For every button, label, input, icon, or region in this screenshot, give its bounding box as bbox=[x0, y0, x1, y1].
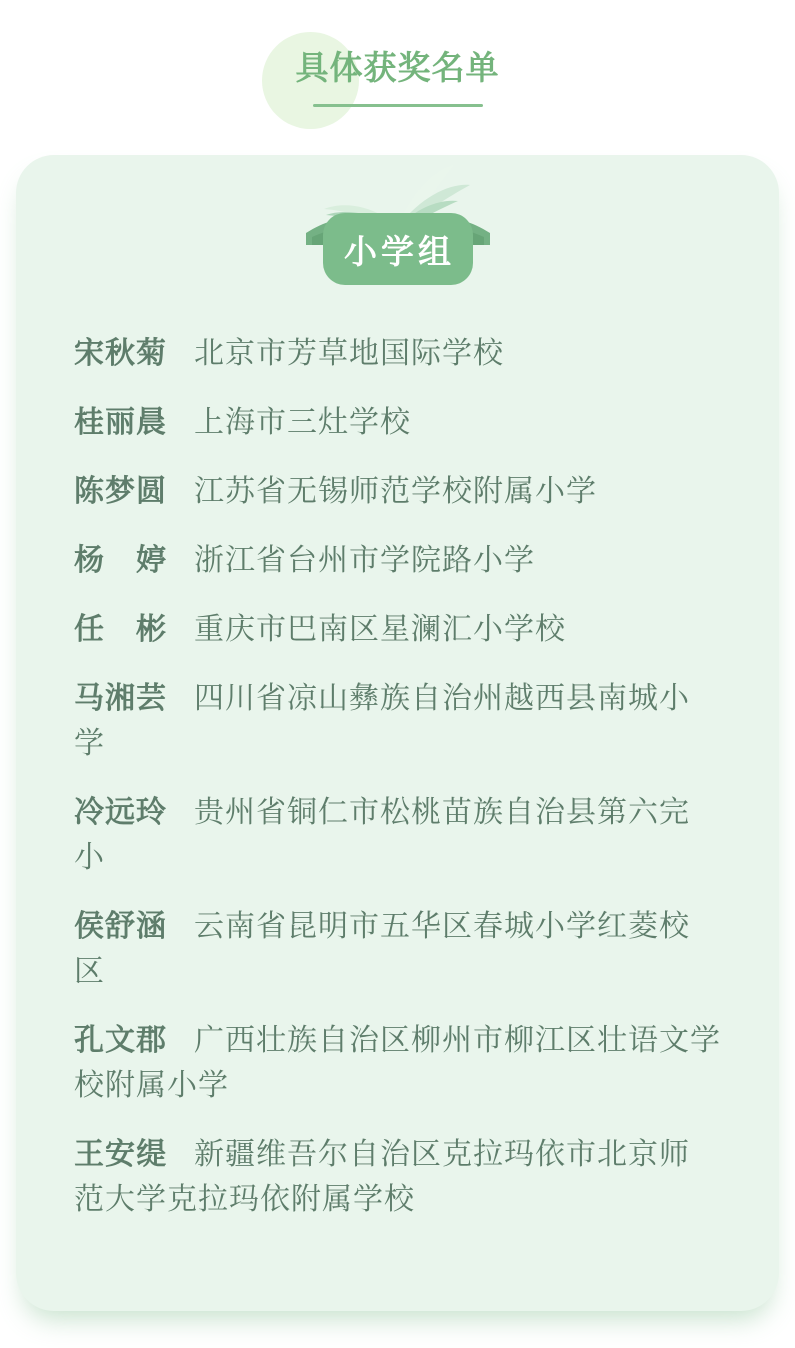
winner-entry: 侯舒涵云南省昆明市五华区春城小学红菱校 区 bbox=[74, 904, 732, 994]
winner-entry: 宋秋菊北京市芳草地国际学校 bbox=[74, 331, 732, 376]
winner-school: 广西壮族自治区柳州市柳江区壮语文学 校附属小学 bbox=[74, 1024, 721, 1102]
winner-name: 侯舒涵 bbox=[74, 910, 167, 943]
header: 具体获奖名单 bbox=[0, 0, 795, 155]
winner-name: 陈梦圆 bbox=[74, 475, 167, 508]
award-card: 小学组 宋秋菊北京市芳草地国际学校 桂丽晨上海市三灶学校 陈梦圆江苏省无锡师范学… bbox=[16, 155, 779, 1311]
winner-entry: 任 彬重庆市巴南区星澜汇小学校 bbox=[74, 607, 732, 652]
winner-entry: 冷远玲贵州省铜仁市松桃苗族自治县第六完 小 bbox=[74, 790, 732, 880]
winner-name: 宋秋菊 bbox=[74, 337, 167, 370]
group-badge-label: 小学组 bbox=[340, 226, 455, 273]
winner-school: 江苏省无锡师范学校附属小学 bbox=[194, 475, 597, 508]
winner-school: 重庆市巴南区星澜汇小学校 bbox=[194, 613, 566, 646]
winner-name: 马湘芸 bbox=[74, 682, 167, 715]
winner-entry: 孔文郡广西壮族自治区柳州市柳江区壮语文学 校附属小学 bbox=[74, 1018, 732, 1108]
winner-name: 王安缇 bbox=[74, 1138, 167, 1171]
winner-school: 浙江省台州市学院路小学 bbox=[194, 544, 535, 577]
page: 具体获奖名单 小学组 宋秋菊北京市芳草地国际学校 桂丽晨上海市三灶学校 陈梦 bbox=[0, 0, 795, 1348]
winner-name: 杨 婷 bbox=[74, 544, 167, 577]
group-badge: 小学组 bbox=[323, 213, 473, 285]
winner-entry: 马湘芸四川省凉山彝族自治州越西县南城小 学 bbox=[74, 676, 732, 766]
winner-school: 上海市三灶学校 bbox=[194, 406, 411, 439]
winner-entry: 杨 婷浙江省台州市学院路小学 bbox=[74, 538, 732, 583]
winner-list: 宋秋菊北京市芳草地国际学校 桂丽晨上海市三灶学校 陈梦圆江苏省无锡师范学校附属小… bbox=[16, 155, 779, 1222]
winner-name: 任 彬 bbox=[74, 613, 167, 646]
title-underline bbox=[313, 104, 483, 107]
winner-entry: 王安缇新疆维吾尔自治区克拉玛依市北京师 范大学克拉玛依附属学校 bbox=[74, 1132, 732, 1222]
winner-name: 冷远玲 bbox=[74, 796, 167, 829]
winner-entry: 陈梦圆江苏省无锡师范学校附属小学 bbox=[74, 469, 732, 514]
winner-name: 孔文郡 bbox=[74, 1024, 167, 1057]
winner-entry: 桂丽晨上海市三灶学校 bbox=[74, 400, 732, 445]
page-title: 具体获奖名单 bbox=[0, 0, 795, 86]
winner-school: 北京市芳草地国际学校 bbox=[194, 337, 504, 370]
winner-name: 桂丽晨 bbox=[74, 406, 167, 439]
